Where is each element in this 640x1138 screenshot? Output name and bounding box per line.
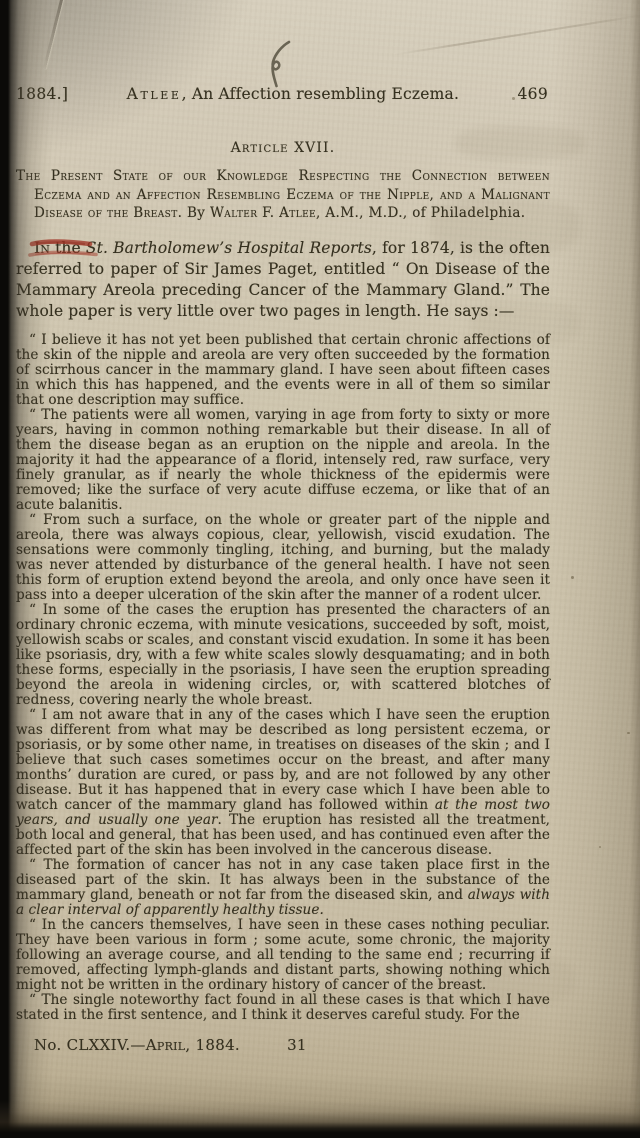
- dust-speck: [627, 732, 630, 734]
- quote-paragraph: “ The single noteworthy fact found in al…: [16, 993, 550, 1023]
- intro-paragraph: In the St. Bartholomew’s Hospital Report…: [16, 238, 550, 322]
- quote-paragraph: “ I believe it has not yet been publishe…: [16, 333, 550, 408]
- page-header: 1884.] Atlee, An Affection resembling Ec…: [16, 84, 550, 104]
- page-edge-shadow-bottom: [0, 1100, 640, 1138]
- quote-paragraph: “ The formation of cancer has not in any…: [16, 858, 550, 918]
- quote-paragraph: “ In the cancers themselves, I have seen…: [16, 918, 550, 993]
- quote-paragraph: “ The patients were all women, varying i…: [16, 408, 550, 513]
- issue-line: No. CLXXIV.—April, 1884.: [34, 1036, 240, 1054]
- quote-paragraph: “ From such a surface, on the whole or g…: [16, 513, 550, 603]
- dust-speck: [571, 576, 574, 579]
- dust-speck: [599, 846, 601, 848]
- header-year: 1884.]: [16, 84, 68, 104]
- quote-paragraph: “ I am not aware that in any of the case…: [16, 708, 550, 858]
- page-footer: No. CLXXIV.—April, 1884. 31: [16, 1035, 550, 1055]
- quoted-extract: “ I believe it has not yet been publishe…: [16, 333, 550, 1023]
- quote-paragraph: “ In some of the cases the eruption has …: [16, 603, 550, 708]
- running-title: Atlee, An Affection resembling Eczema.: [127, 84, 459, 104]
- article-title: The Present State of our Knowledge Respe…: [16, 167, 550, 223]
- text-column: 1884.] Atlee, An Affection resembling Ec…: [16, 84, 550, 1055]
- signature-number: 31: [287, 1036, 307, 1054]
- paper-crease: [43, 0, 64, 69]
- page-number: 469: [518, 84, 551, 104]
- paper-crease: [393, 14, 640, 55]
- scanned-journal-page: 1884.] Atlee, An Affection resembling Ec…: [0, 0, 640, 1138]
- article-heading: Article XVII.: [16, 140, 550, 156]
